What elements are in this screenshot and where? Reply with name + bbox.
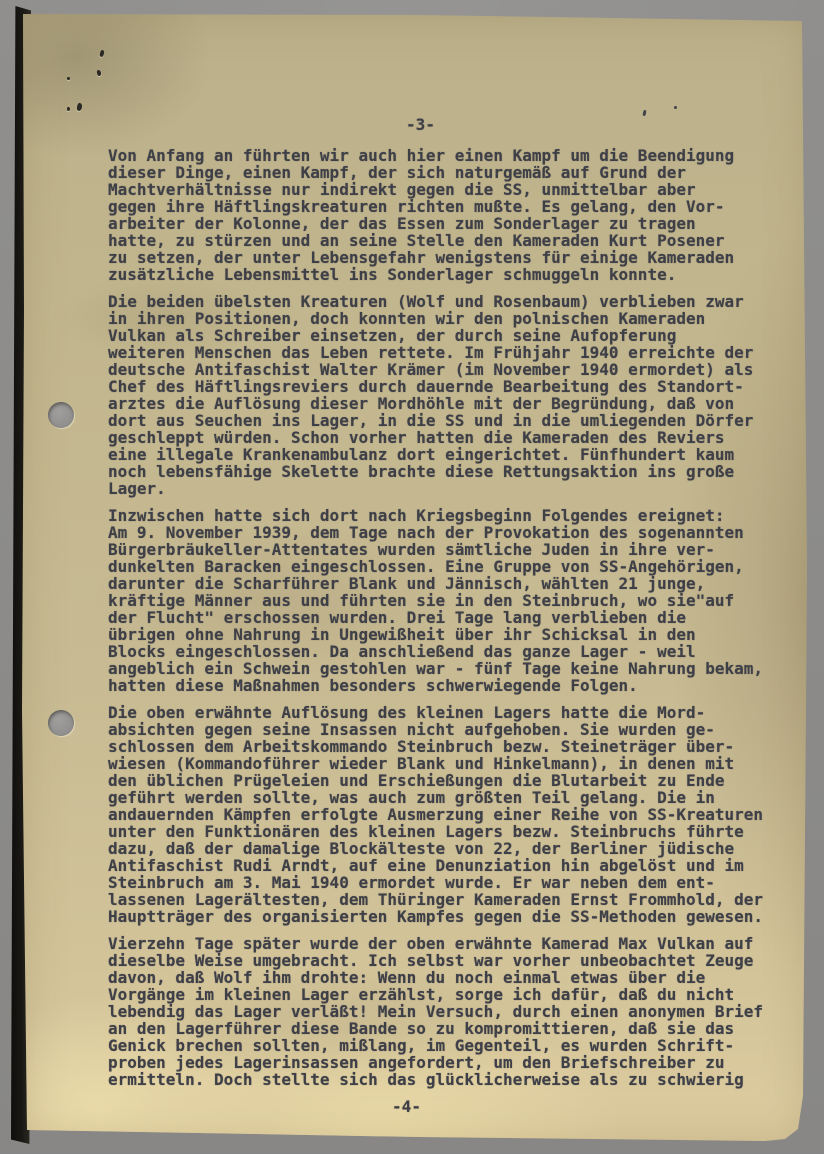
staple-mark — [99, 50, 105, 58]
page-number-bottom: -4- — [84, 1098, 729, 1115]
paragraph-1: Von Anfang an führten wir auch hier eine… — [108, 147, 800, 283]
paragraph-4: Die oben erwähnte Auflösung des kleinen … — [108, 704, 800, 925]
staple-mark — [67, 107, 70, 111]
paragraph-2: Die beiden übelsten Kreaturen (Wolf und … — [108, 293, 800, 497]
paragraph-3: Inzwischen hatte sich dort nach Kriegsbe… — [108, 507, 800, 694]
hole-punch-bottom — [48, 710, 74, 736]
hole-punch-top — [48, 402, 74, 428]
typewritten-text-column: -3- Von Anfang an führten wir auch hier … — [108, 116, 800, 1115]
staple-mark — [76, 102, 83, 111]
scanned-document-page: -3- Von Anfang an führten wir auch hier … — [20, 11, 810, 1144]
ink-speck — [674, 106, 677, 109]
staple-mark — [67, 77, 70, 80]
page-number-top: -3- — [98, 116, 743, 133]
staple-mark — [97, 70, 102, 76]
paragraph-5: Vierzehn Tage später wurde der oben erwä… — [108, 935, 800, 1088]
scanner-background: -3- Von Anfang an führten wir auch hier … — [0, 0, 824, 1154]
